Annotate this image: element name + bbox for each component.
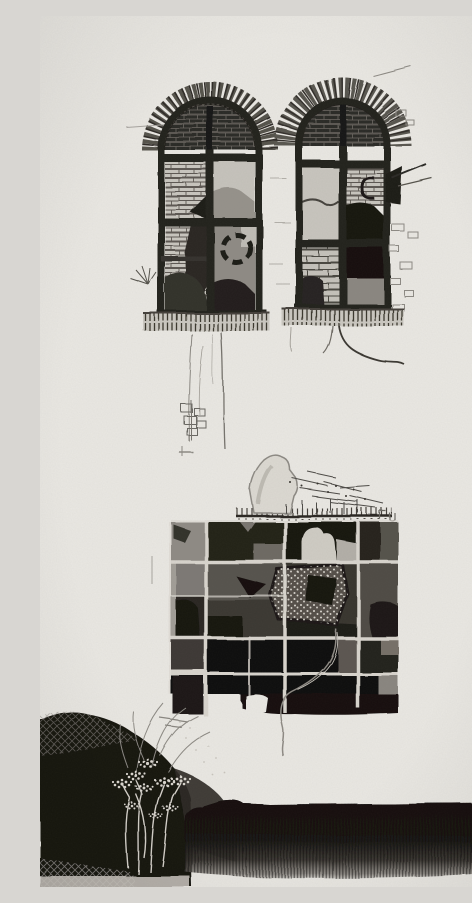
etching-artwork [40,16,472,887]
vignette [40,16,472,887]
